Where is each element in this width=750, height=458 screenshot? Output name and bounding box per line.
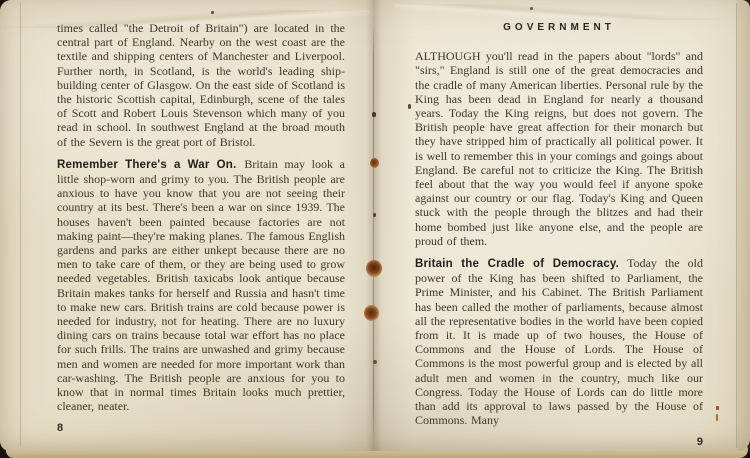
rust-stain-large-1	[366, 260, 382, 277]
rust-stain-large-2	[364, 305, 379, 321]
government-header: GOVERNMENT	[415, 21, 703, 35]
binding-gutter-line	[373, 22, 374, 442]
paper-crease-right	[395, 4, 745, 20]
war-on-body: Britain may look a little shop-worn and …	[57, 157, 345, 413]
book-scan: times called "the Detroit of Britain") a…	[0, 0, 750, 458]
ink-speck	[211, 11, 214, 14]
page-number-8: 8	[57, 421, 345, 435]
binding-gutter-shadow	[335, 0, 413, 451]
rust-stain-small	[370, 158, 379, 168]
ink-speck	[373, 213, 376, 217]
left-paragraph-continued: times called "the Detroit of Britain") a…	[57, 21, 345, 149]
democracy-heading: Britain the Cradle of Democracy.	[415, 258, 619, 270]
right-page-edge-shade	[737, 0, 750, 451]
page-number-9: 9	[415, 435, 703, 449]
left-page-edge	[20, 2, 21, 446]
ink-speck	[373, 360, 377, 364]
democracy-body: Today the old power of the King has been…	[415, 256, 703, 427]
left-page-column: times called "the Detroit of Britain") a…	[57, 21, 345, 436]
ink-speck	[408, 104, 411, 109]
right-page-edge	[736, 3, 737, 448]
ink-speck	[530, 7, 533, 10]
ink-speck	[372, 112, 376, 117]
right-paragraph-although: ALTHOUGH you'll read in the papers about…	[415, 49, 703, 248]
red-edge-mark	[716, 414, 718, 421]
right-page-column: GOVERNMENT ALTHOUGH you'll read in the p…	[415, 21, 703, 450]
war-on-heading: Remember There's a War On.	[57, 159, 236, 171]
red-edge-mark	[716, 406, 719, 410]
left-paragraph-war-on: Remember There's a War On.Britain may lo…	[57, 157, 345, 414]
right-paragraph-democracy: Britain the Cradle of Democracy.Today th…	[415, 256, 703, 427]
